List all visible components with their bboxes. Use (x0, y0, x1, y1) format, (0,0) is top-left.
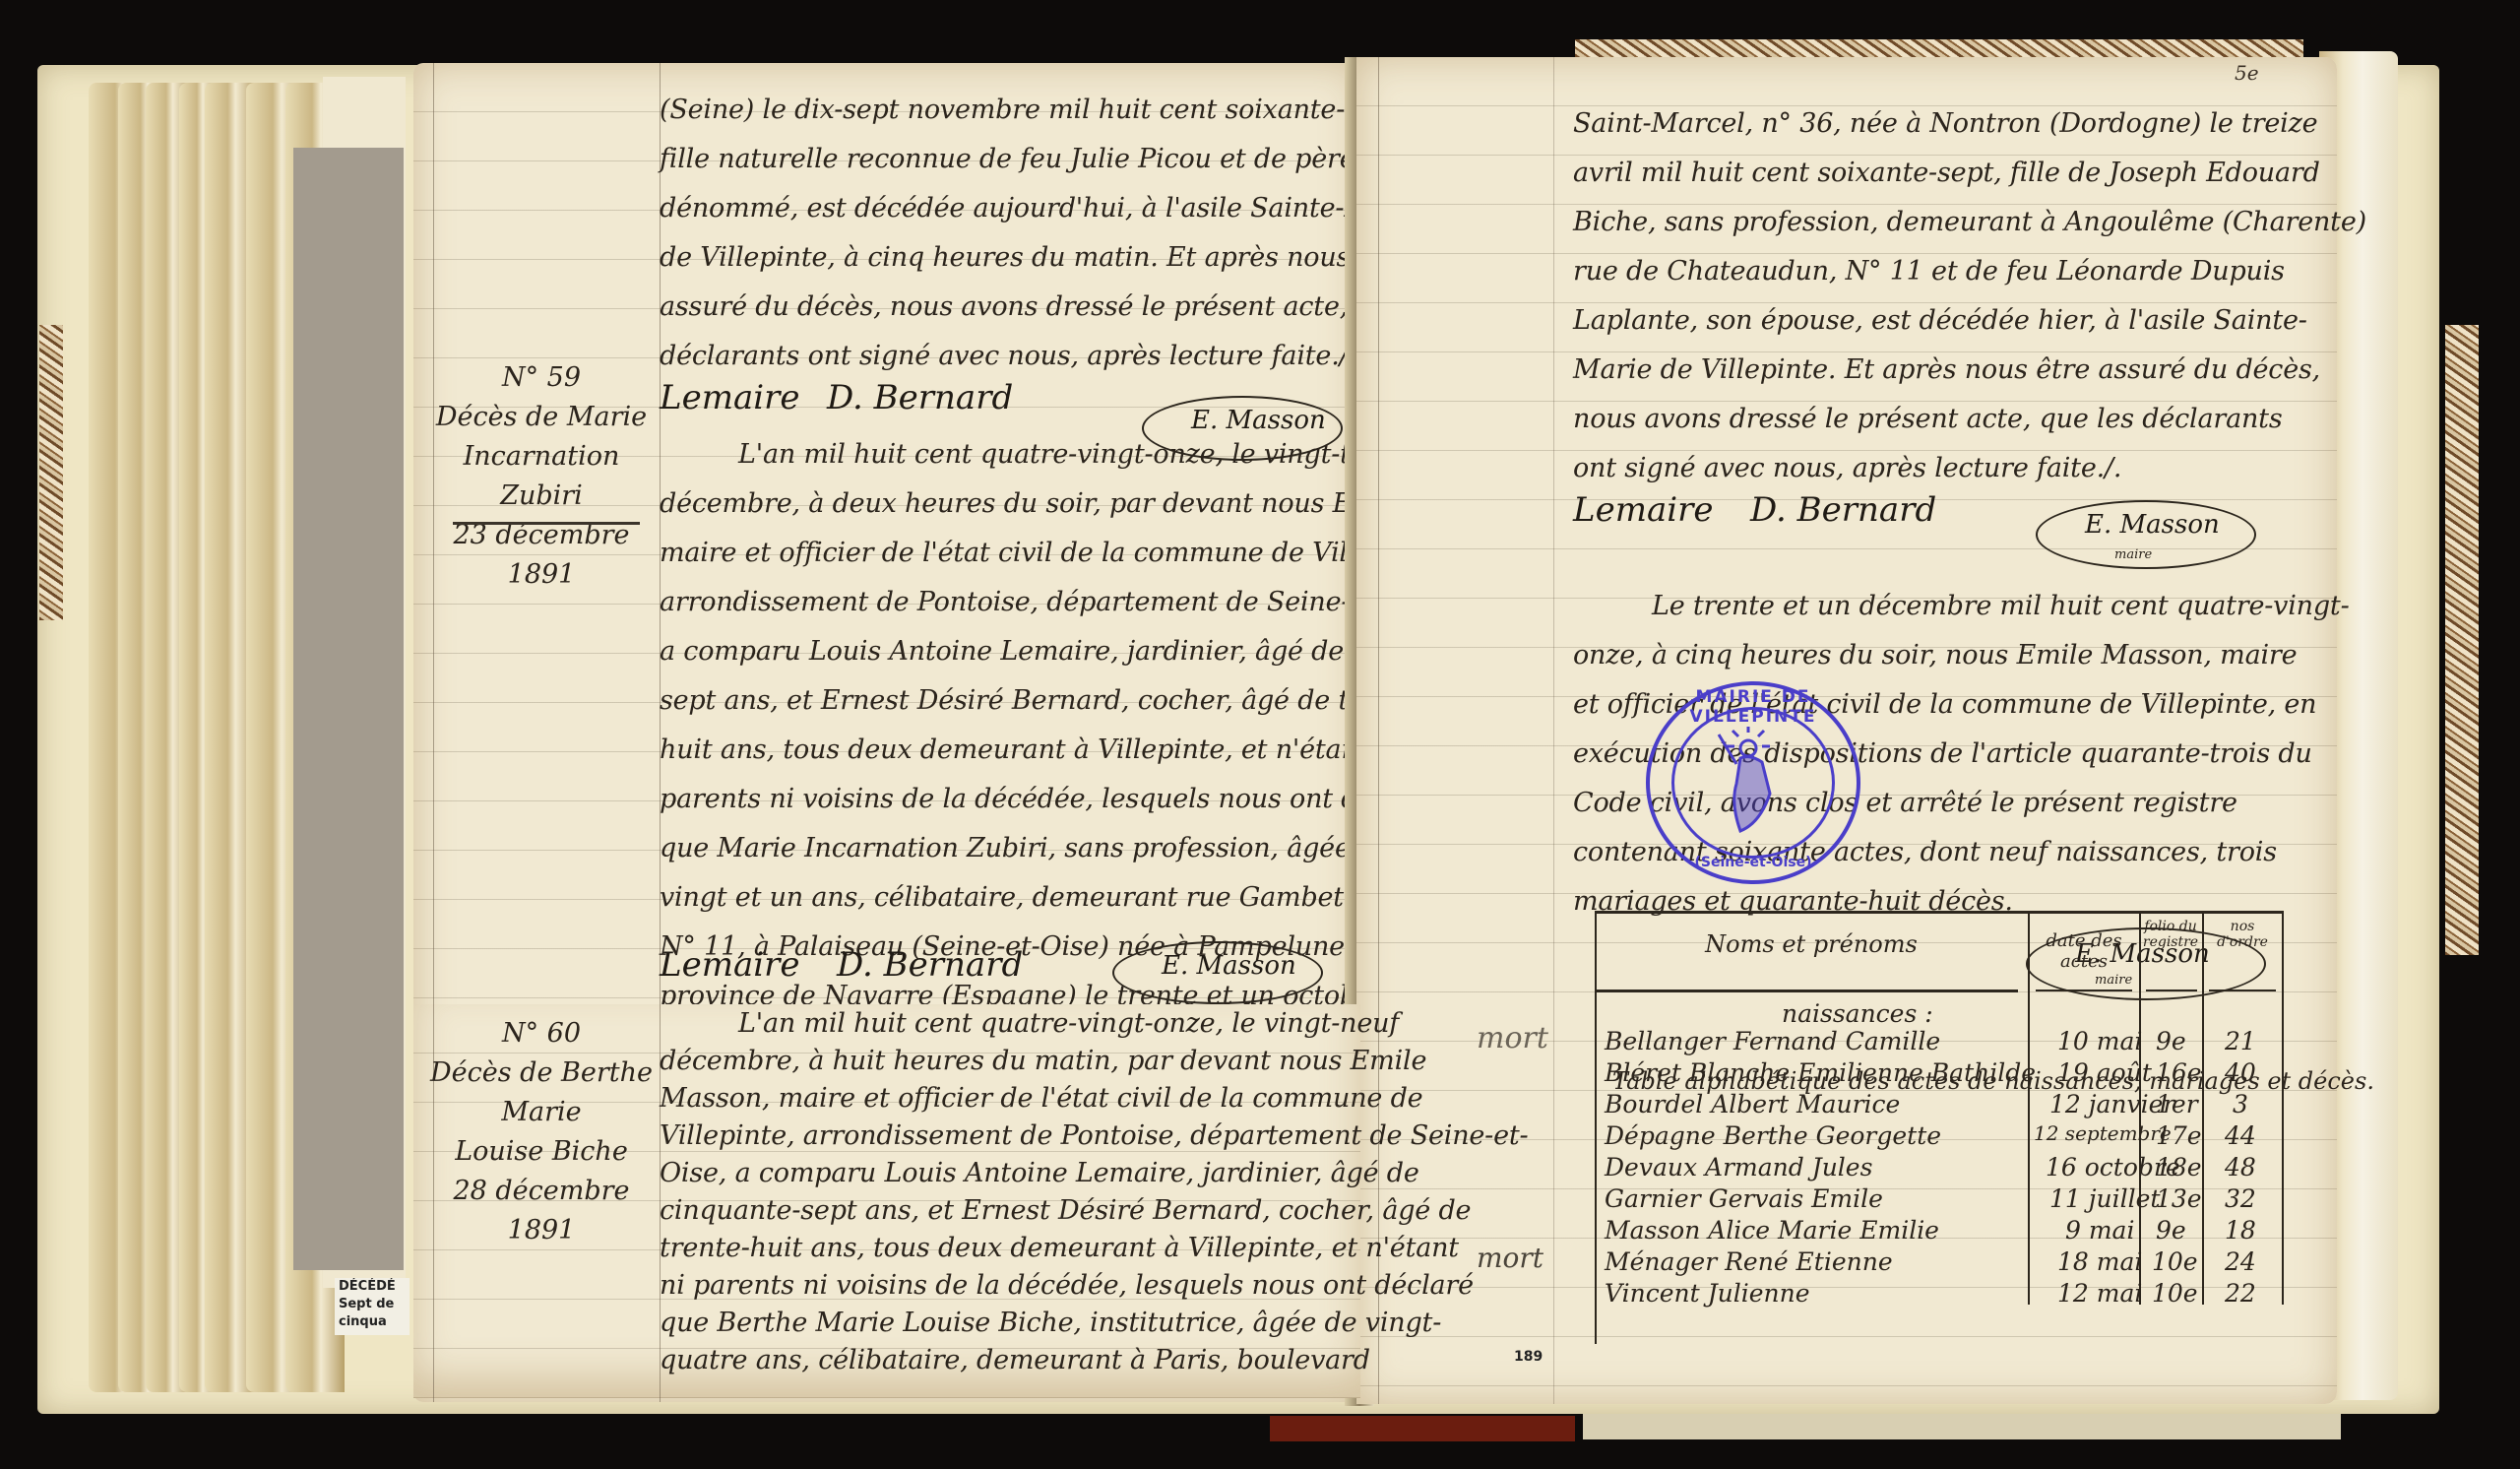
page-number: 189 (1514, 1349, 1543, 1365)
entry-number: N° 59 (423, 358, 660, 398)
text-line: L'an mil huit cent quatre-vingt-onze, le… (738, 1008, 1399, 1039)
text-line: ni parents ni voisins de la décédée, les… (660, 1270, 1474, 1301)
text-line: décembre, à huit heures du matin, par de… (660, 1046, 1426, 1076)
margin-rule (453, 522, 640, 525)
text-line: cinquante-sept ans, et Ernest Désiré Ber… (660, 1195, 1471, 1226)
column-header-names: Noms et prénoms (1595, 930, 2028, 958)
text-line: vingt et un ans, célibataire, demeurant … (660, 882, 1378, 913)
text-line: avril mil huit cent soixante-sept, fille… (1573, 158, 2320, 188)
text-line: maire et officier de l'état civil de la … (660, 538, 1448, 568)
text-line: Villepinte, arrondissement de Pontoise, … (660, 1120, 1528, 1151)
text-line: que Marie Incarnation Zubiri, sans profe… (660, 833, 1391, 863)
text-line: de Villepinte, à cinq heures du matin. E… (660, 242, 1412, 273)
text-line: Biche, sans profession, demeurant à Ango… (1573, 207, 2366, 237)
text-line: Marie de Villepinte. Et après nous être … (1573, 354, 2320, 385)
binding-red-band (1270, 1416, 1575, 1441)
entry-date: 28 décembre 1891 (423, 1172, 660, 1250)
entry-title: Louise Biche (423, 1132, 660, 1172)
text-line: Oise, a comparu Louis Antoine Lemaire, j… (660, 1158, 1419, 1188)
column-header-order: nos d'ordre (2204, 919, 2281, 950)
text-line: parents ni voisins de la décédée, lesque… (660, 784, 1440, 814)
text-line: Laplante, son épouse, est décédée hier, … (1573, 305, 2307, 336)
entry-title: Incarnation Zubiri (423, 437, 660, 516)
marbled-endpaper-top (1575, 39, 2303, 57)
text-line: trente-huit ans, tous deux demeurant à V… (660, 1233, 1459, 1263)
signature-lemaire: Lemaire (1573, 490, 1713, 530)
entry-number: N° 60 (423, 1014, 660, 1054)
marbled-endpaper-left (39, 325, 63, 620)
stamp-text: (Seine-et-Oise) (1650, 855, 1857, 870)
bottom-edge (1583, 1414, 2341, 1439)
gray-divider-card (293, 148, 404, 1270)
signature-masson: E. Masson (1191, 406, 1326, 435)
text-line: arrondissement de Pontoise, département … (660, 587, 1452, 617)
text-line: quatre ans, célibataire, demeurant à Par… (660, 1345, 1370, 1375)
text-line: (Seine) le dix-sept novembre mil huit ce… (660, 95, 1419, 125)
entry-59-margin: N° 59 Décès de Marie Incarnation Zubiri … (423, 358, 660, 595)
column-header-folio: folio du registre (2141, 919, 2200, 950)
marianne-figure-icon (1711, 725, 1790, 843)
text-line: dénommé, est décédée aujourd'hui, à l'as… (660, 193, 1423, 224)
entry-60-margin: N° 60 Décès de Berthe Marie Louise Biche… (423, 1014, 660, 1250)
signature-masson: E. Masson (1162, 951, 1296, 981)
margin-note: mort (1477, 1021, 1548, 1055)
signature-bernard: D. Bernard (1750, 490, 1936, 530)
text-line: que Berthe Marie Louise Biche, institutr… (660, 1308, 1441, 1338)
alphabetical-index-table: Noms et prénoms date des actes folio du … (1595, 911, 2284, 1344)
text-line: Masson, maire et officier de l'état civi… (660, 1083, 1422, 1114)
text-line: nous avons dressé le présent acte, que l… (1573, 404, 2282, 434)
text-line: ont signé avec nous, après lecture faite… (1573, 453, 2121, 483)
side-note-slip: DÉCÉDÉ Sept de cinqua (335, 1278, 409, 1335)
mairie-stamp: MAIRIE DE VILLEPINTE (Seine-et-Oise) (1646, 681, 1860, 884)
text-line: assuré du décès, nous avons dressé le pr… (660, 291, 1451, 322)
signature-lemaire: Lemaire (660, 378, 799, 417)
stamp-text: MAIRIE DE VILLEPINTE (1650, 687, 1857, 727)
text-line: fille naturelle reconnue de feu Julie Pi… (660, 144, 1413, 174)
text-line: Saint-Marcel, n° 36, née à Nontron (Dord… (1573, 108, 2317, 139)
marbled-endpaper-right (2445, 325, 2479, 955)
text-line: huit ans, tous deux demeurant à Villepin… (660, 734, 1402, 765)
text-line: L'an mil huit cent quatre-vingt-onze, le… (738, 439, 1401, 470)
entry-60-region: N° 60 Décès de Berthe Marie Louise Biche… (413, 1004, 1360, 1398)
signature-masson: E. Masson (2085, 510, 2220, 540)
text-line: Le trente et un décembre mil huit cent q… (1652, 591, 2350, 621)
entry-date: 23 décembre 1891 (423, 516, 660, 595)
text-line: déclarants ont signé avec nous, après le… (660, 341, 1356, 371)
text-line: sept ans, et Ernest Désiré Bernard, coch… (660, 685, 1428, 716)
column-header-date: date des actes (2030, 930, 2138, 972)
text-line: onze, à cinq heures du soir, nous Emile … (1573, 640, 2297, 671)
entry-title: Décès de Berthe Marie (423, 1054, 660, 1132)
signature-caption: maire (2114, 547, 2152, 562)
entry-59-signatures: E. Masson (660, 941, 1349, 1004)
margin-note: mort (1477, 1242, 1543, 1274)
signature-bernard: D. Bernard (827, 378, 1013, 417)
folio-mark: 5e (2235, 61, 2259, 85)
section-label: naissances : (1782, 999, 1933, 1028)
entry-title: Décès de Marie (423, 398, 660, 437)
text-line: rue de Chateaudun, N° 11 et de feu Léona… (1573, 256, 2285, 287)
